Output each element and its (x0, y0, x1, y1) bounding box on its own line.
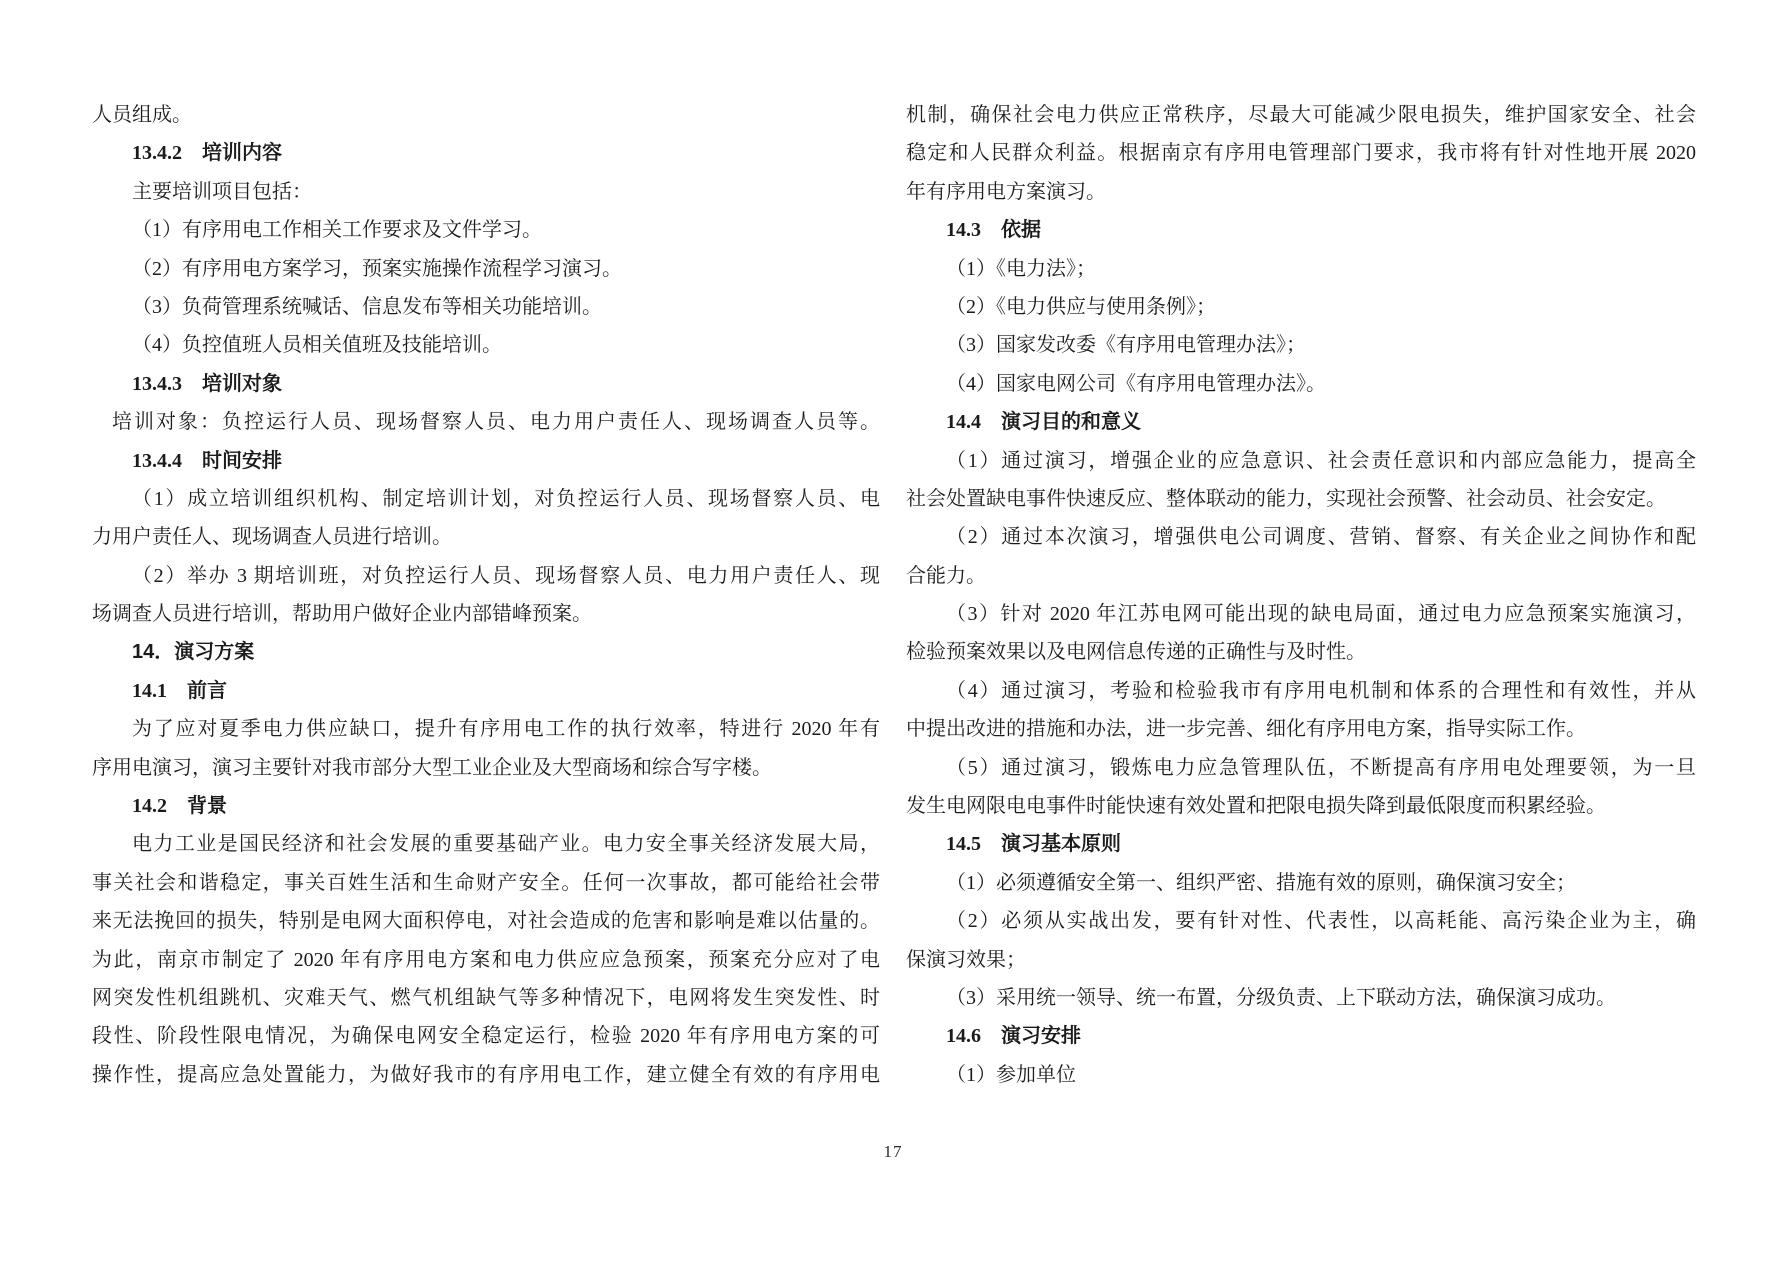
heading-line: 14．演习方案 (92, 633, 880, 671)
text-line: 为了应对夏季电力供应缺口，提升有序用电工作的执行效率，特进行 2020 年有 (92, 710, 880, 748)
text-line: 事关社会和谐稳定，事关百姓生活和生命财产安全。任何一次事故，都可能给社会带 (92, 864, 880, 902)
text-line: （4）负控值班人员相关值班及技能培训。 (92, 326, 880, 364)
text-line: 保演习效果； (906, 941, 1696, 979)
text-line: 网突发性机组跳机、灾难天气、燃气机组缺气等多种情况下，电网将发生突发性、时 (92, 979, 880, 1017)
text-line: （2）《电力供应与使用条例》； (906, 288, 1696, 326)
text-line: （1）有序用电工作相关工作要求及文件学习。 (92, 211, 880, 249)
text-line: （5）通过演习，锻炼电力应急管理队伍，不断提高有序用电处理要领，为一旦 (906, 749, 1696, 787)
heading-line: 13.4.4 时间安排 (92, 442, 880, 480)
text-line: （2）必须从实战出发，要有针对性、代表性，以高耗能、高污染企业为主，确 (906, 902, 1696, 940)
text-line: 社会处置缺电事件快速反应、整体联动的能力，实现社会预警、社会动员、社会安定。 (906, 480, 1696, 518)
text-line: 人员组成。 (92, 96, 880, 134)
heading-line: 13.4.3 培训对象 (92, 365, 880, 403)
text-line: 为此，南京市制定了 2020 年有序用电方案和电力供应应急预案，预案充分应对了电 (92, 941, 880, 979)
text-line: 合能力。 (906, 557, 1696, 595)
heading-line: 14.6 演习安排 (906, 1017, 1696, 1055)
text-line: （2）举办 3 期培训班，对负控运行人员、现场督察人员、电力用户责任人、现 (92, 557, 880, 595)
text-line: （1）成立培训组织机构、制定培训计划，对负控运行人员、现场督察人员、电 (92, 480, 880, 518)
text-line: 段性、阶段性限电情况，为确保电网安全稳定运行，检验 2020 年有序用电方案的可 (92, 1017, 880, 1055)
heading-line: 14.5 演习基本原则 (906, 825, 1696, 863)
text-line: （2）通过本次演习，增强供电公司调度、营销、督察、有关企业之间协作和配 (906, 518, 1696, 556)
text-line: （3）负荷管理系统喊话、信息发布等相关功能培训。 (92, 288, 880, 326)
text-line: （3）国家发改委《有序用电管理办法》； (906, 326, 1696, 364)
text-line: 操作性，提高应急处置能力，为做好我市的有序用电工作，建立健全有效的有序用电 (92, 1056, 880, 1094)
heading-line: 14.1 前言 (92, 672, 880, 710)
page-number: 17 (0, 1142, 1786, 1162)
text-line: （4）通过演习，考验和检验我市有序用电机制和体系的合理性和有效性，并从 (906, 672, 1696, 710)
text-line: 力用户责任人、现场调查人员进行培训。 (92, 518, 880, 556)
text-line: 序用电演习，演习主要针对我市部分大型工业企业及大型商场和综合写字楼。 (92, 749, 880, 787)
text-line: （3）采用统一领导、统一布置，分级负责、上下联动方法，确保演习成功。 (906, 979, 1696, 1017)
right-column: 机制，确保社会电力供应正常秩序，尽最大可能减少限电损失，维护国家安全、社会稳定和… (906, 96, 1696, 1094)
text-line: 场调查人员进行培训，帮助用户做好企业内部错峰预案。 (92, 595, 880, 633)
text-line: （3）针对 2020 年江苏电网可能出现的缺电局面，通过电力应急预案实施演习， (906, 595, 1696, 633)
text-line: 培训对象：负控运行人员、现场督察人员、电力用户责任人、现场调查人员等。 (92, 403, 880, 441)
text-line: 来无法挽回的损失，特别是电网大面积停电，对社会造成的危害和影响是难以估量的。 (92, 902, 880, 940)
text-line: 主要培训项目包括： (92, 173, 880, 211)
heading-line: 14.4 演习目的和意义 (906, 403, 1696, 441)
text-line: 机制，确保社会电力供应正常秩序，尽最大可能减少限电损失，维护国家安全、社会 (906, 96, 1696, 134)
text-line: （4）国家电网公司《有序用电管理办法》。 (906, 365, 1696, 403)
text-line: 电力工业是国民经济和社会发展的重要基础产业。电力安全事关经济发展大局， (92, 825, 880, 863)
heading-line: 14.3 依据 (906, 211, 1696, 249)
heading-line: 13.4.2 培训内容 (92, 134, 880, 172)
document-page: 人员组成。13.4.2 培训内容主要培训项目包括：（1）有序用电工作相关工作要求… (0, 0, 1786, 1263)
text-line: 中提出改进的措施和办法，进一步完善、细化有序用电方案，指导实际工作。 (906, 710, 1696, 748)
text-line: （1）《电力法》； (906, 250, 1696, 288)
left-column: 人员组成。13.4.2 培训内容主要培训项目包括：（1）有序用电工作相关工作要求… (92, 96, 880, 1094)
text-line: 年有序用电方案演习。 (906, 173, 1696, 211)
text-line: 检验预案效果以及电网信息传递的正确性与及时性。 (906, 633, 1696, 671)
text-line: （1）通过演习，增强企业的应急意识、社会责任意识和内部应急能力，提高全 (906, 442, 1696, 480)
text-line: （2）有序用电方案学习，预案实施操作流程学习演习。 (92, 250, 880, 288)
text-line: 稳定和人民群众利益。根据南京有序用电管理部门要求，我市将有针对性地开展 2020 (906, 134, 1696, 172)
text-line: 发生电网限电电事件时能快速有效处置和把限电损失降到最低限度而积累经验。 (906, 787, 1696, 825)
text-line: （1）必须遵循安全第一、组织严密、措施有效的原则，确保演习安全； (906, 864, 1696, 902)
text-line: （1）参加单位 (906, 1056, 1696, 1094)
heading-line: 14.2 背景 (92, 787, 880, 825)
